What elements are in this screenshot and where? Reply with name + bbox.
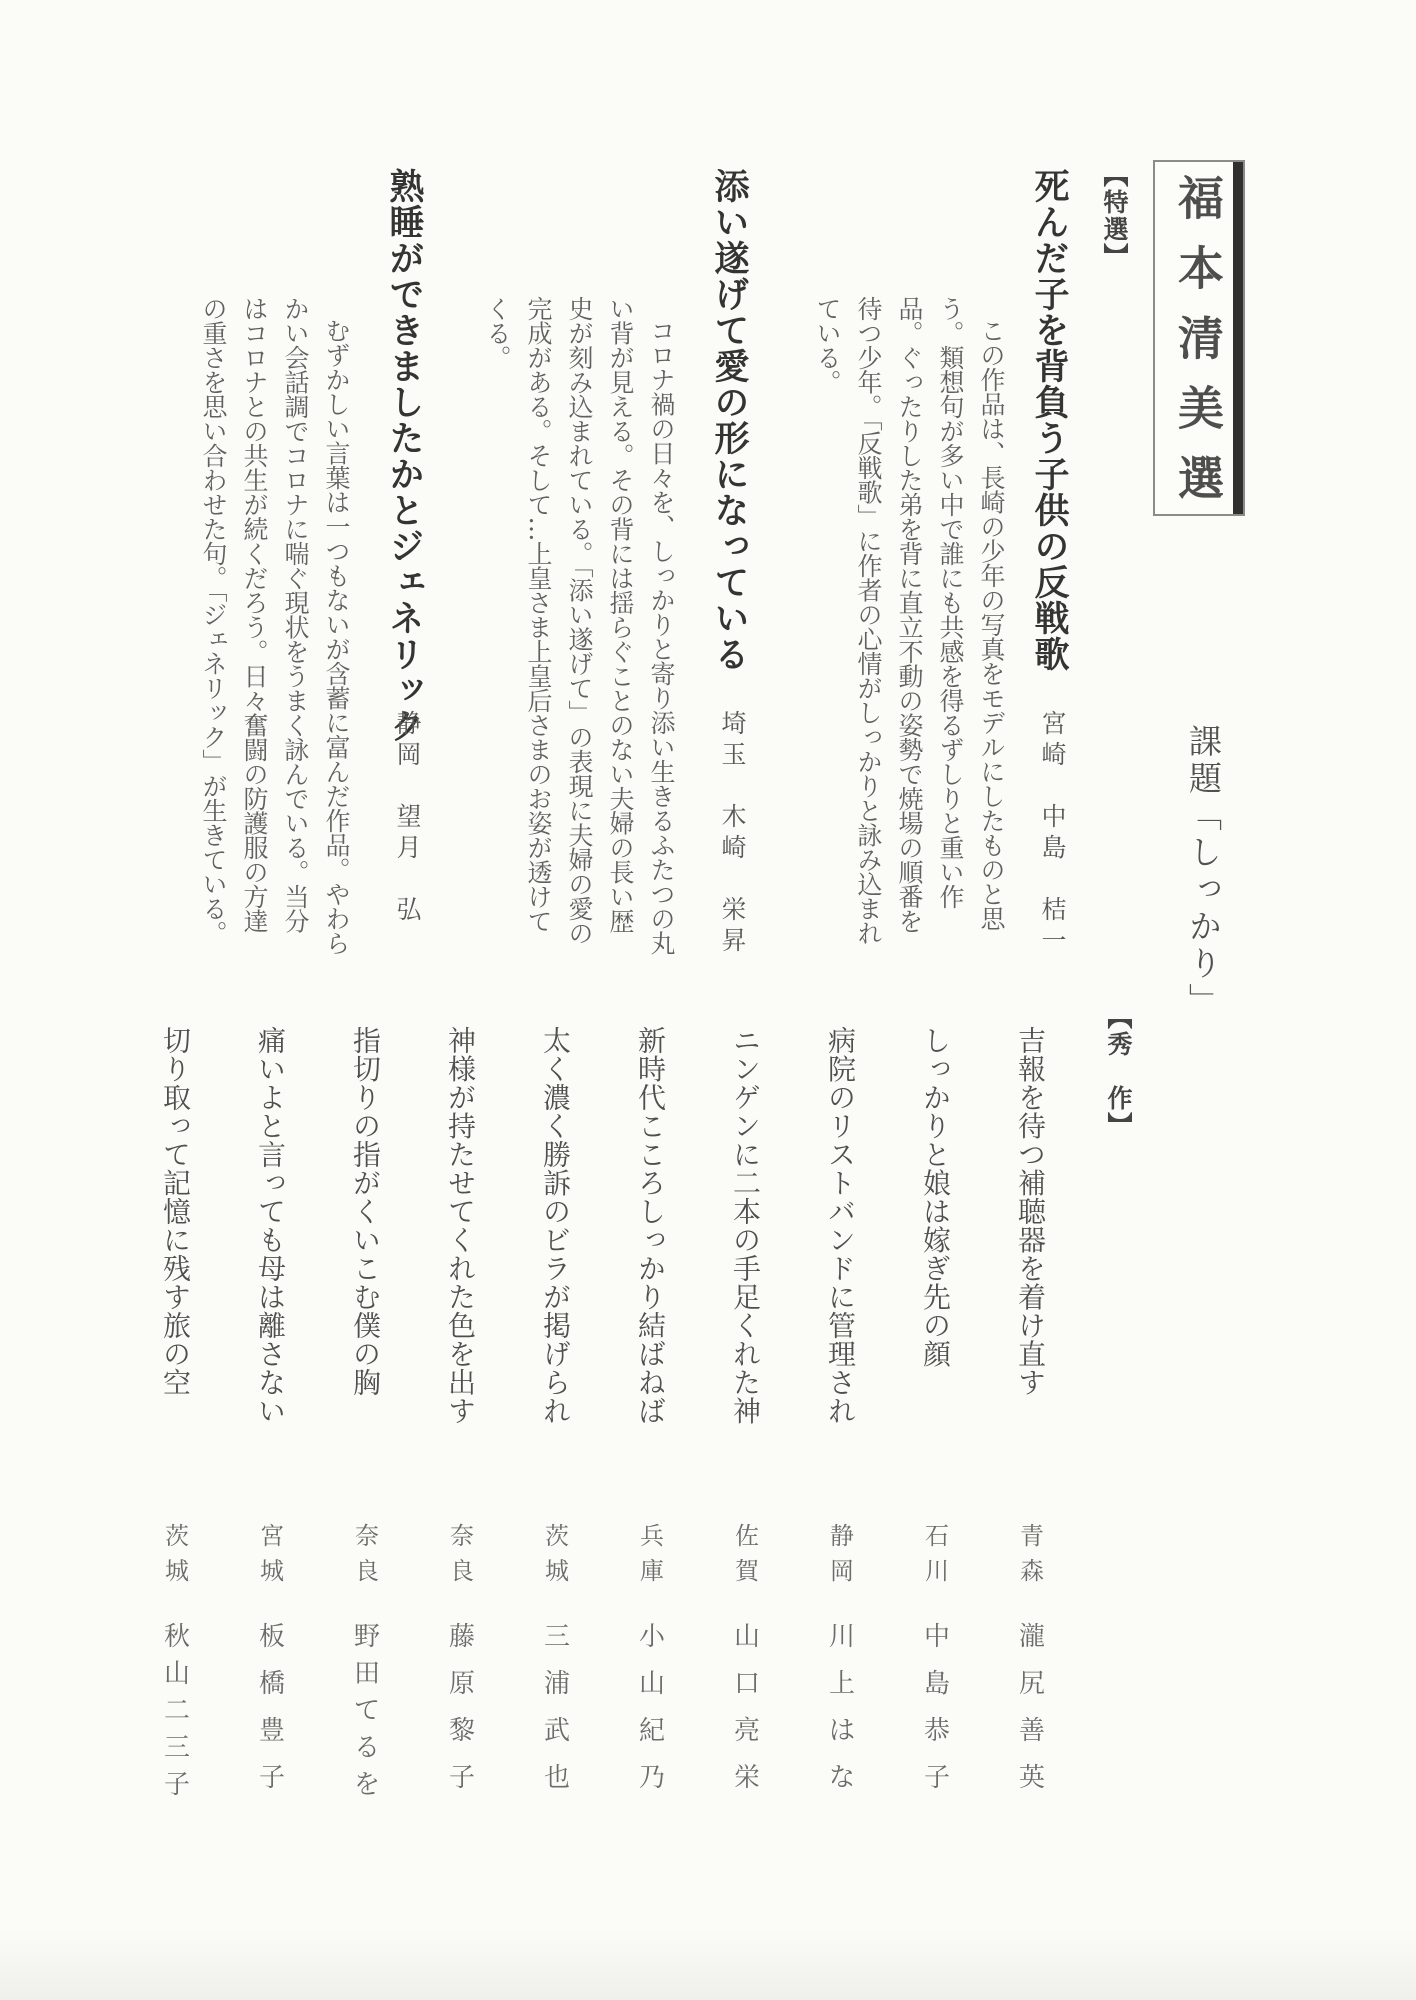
shusaku-poem-3: 病院のリストバンドに管理され	[826, 1026, 860, 1425]
shusaku-prefecture-3: 静岡	[829, 1516, 855, 1586]
shusaku-poem-6: 太く濃く勝訴のビラが掲げられ	[541, 1026, 575, 1425]
shusaku-poem-10: 切り取って記憶に残す旅の空	[161, 1026, 195, 1397]
tokusen-poem-title-2: 添い遂げて愛の形になっている	[714, 168, 754, 672]
scanned-document-page: 福本清美選 課題「しっかり」 【特選】 【秀 作】 死んだ子を背負う子供の反戦歌…	[0, 0, 1416, 2000]
shusaku-author-10: 秋山二三子	[163, 1616, 191, 1794]
shusaku-author-2: 中島恭子	[923, 1616, 951, 1794]
shusaku-prefecture-4: 佐賀	[734, 1516, 760, 1586]
shusaku-author-5: 小山紀乃	[638, 1616, 666, 1794]
tokusen-poem-title-3: 熟睡ができましたかとジェネリック	[389, 168, 429, 744]
shusaku-poem-8: 指切りの指がくいこむ僕の胸	[351, 1026, 385, 1397]
shusaku-prefecture-5: 兵庫	[639, 1516, 665, 1586]
shusaku-prefecture-2: 石川	[924, 1516, 950, 1586]
shusaku-poem-5: 新時代こころしっかり結ばねば	[636, 1026, 670, 1425]
tokusen-poem-author-3: 静岡 望月 弘	[395, 710, 425, 927]
title-box-accent-bar	[1233, 162, 1243, 514]
tokusen-poem-commentary-3: むずかしい言葉は一つもないが含蓄に富んだ作品。やわらかい会話調でコロナに喘ぐ現状…	[127, 296, 357, 956]
shusaku-prefecture-9: 宮城	[259, 1516, 285, 1586]
shusaku-poem-1: 吉報を待つ補聴器を着け直す	[1016, 1026, 1050, 1397]
shusaku-author-7: 藤原黎子	[448, 1616, 476, 1794]
selector-title-box: 福本清美選	[1153, 160, 1245, 516]
shusaku-poem-9: 痛いよと言っても母は離さない	[256, 1026, 290, 1425]
tokusen-poem-title-1: 死んだ子を背負う子供の反戦歌	[1034, 168, 1074, 672]
shusaku-poem-2: しっかりと娘は嫁ぎ先の顔	[921, 1026, 955, 1368]
shusaku-author-4: 山口亮栄	[733, 1616, 761, 1794]
tokusen-poem-commentary-2: コロナ禍の日々を、しっかりと寄り添い生きるふたつの丸い背が見える。その背には揺ら…	[452, 296, 682, 956]
shusaku-prefecture-7: 奈良	[449, 1516, 475, 1586]
shusaku-poem-4: ニンゲンに二本の手足くれた神	[731, 1026, 765, 1425]
shusaku-prefecture-6: 茨城	[544, 1516, 570, 1586]
shusaku-prefecture-10: 茨城	[164, 1516, 190, 1586]
shusaku-author-9: 板橋豊子	[258, 1616, 286, 1794]
tokusen-poem-author-1: 宮崎 中島 桔一	[1040, 710, 1070, 958]
tokusen-section-header: 【特選】	[1096, 162, 1132, 270]
shusaku-poem-7: 神様が持たせてくれた色を出す	[446, 1026, 480, 1425]
shusaku-author-8: 野田てるを	[353, 1616, 381, 1794]
shusaku-prefecture-1: 青森	[1019, 1516, 1045, 1586]
shusaku-section-header: 【秀 作】	[1100, 1004, 1136, 1139]
selector-name: 福本清美選	[1161, 162, 1231, 526]
tokusen-poem-author-2: 埼玉 木崎 栄昇	[720, 710, 750, 958]
tokusen-poem-commentary-1: この作品は、長崎の少年の写真をモデルにしたものと思う。類想句が多い中で誰にも共感…	[782, 296, 1012, 956]
shusaku-prefecture-8: 奈良	[354, 1516, 380, 1586]
scan-edge-shadow	[0, 1930, 1416, 2000]
theme-label: 課題「しっかり」	[1180, 724, 1227, 1020]
shusaku-author-6: 三浦武也	[543, 1616, 571, 1794]
shusaku-author-1: 瀧尻善英	[1018, 1616, 1046, 1794]
shusaku-author-3: 川上はな	[828, 1616, 856, 1794]
